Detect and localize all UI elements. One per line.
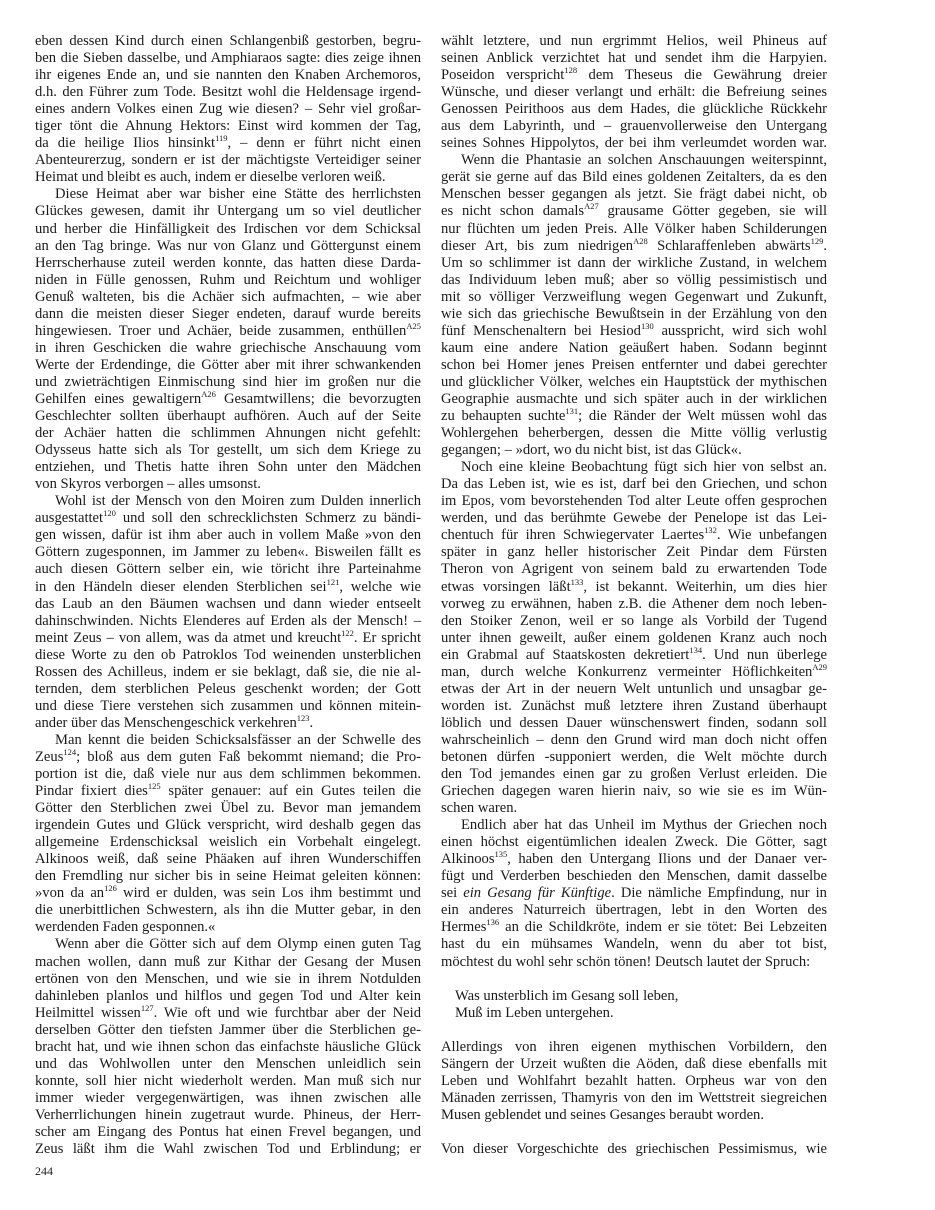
text-line: Menschen besser gegangen als jetzt. Sie … [441,186,827,203]
footnote-marker[interactable]: 125 [148,781,161,791]
book-page: eben dessen Kind durch einen Schlangenbi… [0,0,935,1210]
text-line: in ihren Geschicken die wahre griechisch… [35,340,421,357]
text-line: entziehen, und Thetis hatte ihren Sohn u… [35,459,421,476]
text-line: den Tod jemandes einen gar zu großen Ver… [441,766,827,783]
text-line: Göttern zugesponnen, im Jammer zu leben«… [35,544,421,561]
text-line: etwas der Art in der neuern Welt untunli… [441,681,827,698]
text-line: ternden, dem sterblichen Peleus geschenk… [35,681,421,698]
text-line: wählt letztere, und nun ergrimmt Helios,… [441,33,827,50]
text-line: Alkinoos135, haben den Untergang Ilions … [441,851,827,868]
footnote-marker[interactable]: 120 [103,508,116,518]
text-line: Griechen dagegen waren hierin naiv, so w… [441,783,827,800]
text-line: Hermes136 an die Schildkröte, indem er s… [441,919,827,936]
text-line: fügt und Verderben beschieden den Mensch… [441,868,827,885]
text-line: wie sich das griechische Bewußtsein in d… [441,306,827,323]
text-line: Wenn aber die Götter sich auf dem Olymp … [35,936,421,953]
text-line: scher am Eingang des Pontus hat einen Fr… [35,1124,421,1141]
left-column: eben dessen Kind durch einen Schlangenbi… [35,33,421,1158]
text-line: Poseidon verspricht128 dem Theseus die G… [441,67,827,84]
footnote-marker[interactable]: 119 [215,133,227,143]
footnote-marker[interactable]: 127 [141,1003,154,1013]
text-line: das Laub an den Bäumen wachsen und dann … [35,596,421,613]
footnote-marker[interactable]: 123 [297,713,310,723]
text-line: Alkinoos weiß, daß seine Phäaken auf ihr… [35,851,421,868]
text-line: zu behaupten suchte131; die Ränder der W… [441,408,827,425]
footnote-marker[interactable]: A26 [201,389,216,399]
text-line: ander über das Menschengeschick verkehre… [35,715,421,732]
text-line: hast du ein mühsames Wandeln, wenn du ab… [441,936,827,953]
text-line: meint Zeus – von allem, was da atmet und… [35,630,421,647]
text-line: bracht hat, und wie ihnen schon das einf… [35,1039,421,1056]
text-line: vorweg zu erwähnen, haben z.B. die Athen… [441,596,827,613]
text-line: Musen geblendet und seines Gesanges bera… [441,1107,827,1124]
text-line: ertönen von den Menschen, und wie sie in… [35,971,421,988]
text-line: Wohlergehen beherbergen, dessen die Mitt… [441,425,827,442]
text-line: chentuch für ihren Schwiegervater Laerte… [441,527,827,544]
text-line: Heilmittel wissen127. Wie oft und wie fu… [35,1005,421,1022]
text-line: Von dieser Vorgeschichte des griechische… [441,1141,827,1158]
footnote-marker[interactable]: 129 [811,236,824,246]
text-line: Sängern der Urzeit wußten die Aöden, daß… [441,1056,827,1073]
text-line: und diese Tiere verstehen sich zusammen … [35,698,421,715]
footnote-marker[interactable]: 132 [704,525,717,535]
text-line: und zwieträchtigen Einmischung sind hier… [35,374,421,391]
text-line: dahinschwinden. Nichts Elenderes auf Erd… [35,613,421,630]
text-line: kaum eine andere Nation geäußert haben. … [441,340,827,357]
text-line: Wohl ist der Mensch von den Moiren zum D… [35,493,421,510]
text-line: auch diesen Göttern selber ein, wie töri… [35,561,421,578]
footnote-marker[interactable]: 135 [495,849,508,859]
blank-line [441,1022,827,1039]
text-line: Theron von Agrigent von seinem bald zu e… [441,561,827,578]
footnote-marker[interactable]: A28 [633,236,648,246]
text-line: unter ihnen geweilt, außer einem goldene… [441,630,827,647]
text-line: später in ganz heller historischer Zeit … [441,544,827,561]
blank-line [441,1124,827,1141]
text-line: seinen Anblick verzichtet hat und sendet… [441,50,827,67]
text-line: die unerbittlichen Schwestern, als ihn d… [35,902,421,919]
text-line: Gehilfen eines gewaltigernA26 Gesamtwill… [35,391,421,408]
text-line: Wünsche, und dieser verlangt und erhält:… [441,84,827,101]
text-line: Glückes gewesen, damit ihr Untergang um … [35,203,421,220]
text-line: dann die meisten dieser Sieger endeten, … [35,306,421,323]
text-line: schen waren. [441,800,827,817]
text-line: Leben und Wohlfahrt bezahlt hatten. Orph… [441,1073,827,1090]
text-line: derselben Götter den tiefsten Jammer übe… [35,1022,421,1039]
text-line: Endlich aber hat das Unheil im Mythus de… [441,817,827,834]
text-line: an den Tag bringe. Was nur von Glanz und… [35,238,421,255]
text-line: ihr eigenes Ende an, und sie nannten den… [35,67,421,84]
text-line: allgemeine Erdenschicksal weislich ein V… [35,834,421,851]
text-line: wahrscheinlich – denn den Grund wird man… [441,732,827,749]
text-line: Wenn die Phantasie an solchen Anschauung… [441,152,827,169]
text-line: mit so völliger Verzweiflung wegen Gegen… [441,289,827,306]
text-line: Zeus124; bloß aus dem guten Faß bekommt … [35,749,421,766]
italic-phrase: ein Gesang für Künftige [463,885,611,901]
text-line: Genossen Peirithoos aus dem Hades, die g… [441,101,827,118]
text-line: Herrscherhause zuteil werden konnte, das… [35,255,421,272]
footnote-marker[interactable]: 126 [104,883,117,893]
text-line: immer wieder vergegenwärtigen, was ihnen… [35,1090,421,1107]
text-line: und glücklicher Völker, welches ein Haup… [441,374,827,391]
text-line: »von da an126 wird er dulden, was sein L… [35,885,421,902]
text-line: Noch eine kleine Beobachtung fügt sich h… [441,459,827,476]
right-column: wählt letztere, und nun ergrimmt Helios,… [441,33,827,1158]
text-line: schon bei Homer jenes Preisen entfernter… [441,357,827,374]
text-line: eben dessen Kind durch einen Schlangenbi… [35,33,421,50]
text-line: Geographie ausmachte und sich später auc… [441,391,827,408]
text-line: gegangen; – »dort, wo du nicht bist, ist… [441,442,827,459]
footnote-marker[interactable]: 128 [564,65,577,75]
text-line: löblich und dessen Dauer wünschenswert f… [441,715,827,732]
text-line: Odysseus hatte sich als Tor gestellt, um… [35,442,421,459]
footnote-marker[interactable]: 130 [641,321,654,331]
text-line: werden, und das berühmte Gewebe der Pene… [441,510,827,527]
text-line: Mänaden zerrissen, Thamyris von den im W… [441,1090,827,1107]
text-line: der Achäer hatten die schlimmen Ahnungen… [35,425,421,442]
text-line: diese Worte zu den ob Patroklos Tod wein… [35,647,421,664]
footnote-marker[interactable]: A27 [584,201,599,211]
text-line: möchtest du wohl sehr schön tönen! Deuts… [441,954,827,971]
text-line: Rossen des Achilleus, indem er sie bekla… [35,664,421,681]
text-line: d.h. den Führer zum Tode. Besitzt wohl d… [35,84,421,101]
text-line: werdenden Faden gesponnen.« [35,919,421,936]
text-line: und herber die Hinfälligkeit des Irdisch… [35,221,421,238]
text-line: portion ist die, daß viele nur aus dem s… [35,766,421,783]
footnote-marker[interactable]: 122 [341,628,354,638]
footnote-marker[interactable]: 124 [63,747,76,757]
text-line: dieser Art, bis zum niedrigenA28 Schlara… [441,238,827,255]
footnote-marker[interactable]: 121 [327,577,340,587]
footnote-marker[interactable]: A29 [812,662,827,672]
text-line: niden in Fülle genossen, Ruhm und Reicht… [35,272,421,289]
text-line: tiger tönt die Ahnung Hektors: Einst wir… [35,118,421,135]
verse-line: Muß im Leben untergehen. [441,1005,827,1022]
text-line: betonen dürfen -supponiert werden, die W… [441,749,827,766]
text-line: man, durch welche Konkurrenz vermeinter … [441,664,827,681]
text-line: etwas vorsingen läßt133, ist bekannt. We… [441,579,827,596]
text-line: in den Händeln dieser elenden Sterbliche… [35,579,421,596]
text-line: fünf Menschenaltern bei Hesiod130 ausspr… [441,323,827,340]
text-line: den Stoiker Zenon, weil er so lange als … [441,613,827,630]
footnote-marker[interactable]: 133 [571,577,584,587]
text-line: Da das Leben ist, wie es ist, darf bei d… [441,476,827,493]
text-line: den Fremdling nur sicher bis in seine He… [35,868,421,885]
text-line: Zeus läßt ihm die Wahl zwischen Tod und … [35,1141,421,1158]
text-line: irgendein Gutes und Glück verspricht, wi… [35,817,421,834]
text-line: Abenteurerzug, sondern er ist der mächti… [35,152,421,169]
page-number: 244 [35,1164,53,1179]
text-line: von Skyros verborgen – alles umsonst. [35,476,421,493]
text-line: Genuß walteten, bis die Achäer sich aufm… [35,289,421,306]
text-line: und das Wohlwollen unter den Menschen un… [35,1056,421,1073]
text-line: Pindar fixiert dies125 später genauer: a… [35,783,421,800]
footnote-marker[interactable]: 136 [486,917,499,927]
footnote-marker[interactable]: 131 [565,406,578,416]
text-line: da die heilige Ilios hinsinkt119, – denn… [35,135,421,152]
text-line: Werte der Erdendinge, die Götter aber mi… [35,357,421,374]
text-line: eines andern Volkes einen Zug wie diesen… [35,101,421,118]
text-line: gen wissen, dafür ist ihm aber auch in v… [35,527,421,544]
footnote-marker[interactable]: 134 [689,645,702,655]
verse-line: Was unsterblich im Gesang soll leben, [441,988,827,1005]
text-line: seines Sohnes Hippolytos, der bei ihm ve… [441,135,827,152]
text-line: im Epos, vom bevorstehenden Tod alter Le… [441,493,827,510]
text-line: Götter den Sterblichen zwei Übel zu. Bev… [35,800,421,817]
text-line: ein Grabmal auf Staatskosten dekretiert1… [441,647,827,664]
text-line: Diese Heimat aber war bisher eine Stätte… [35,186,421,203]
text-line: konnte, soll hier nicht wiederholt werde… [35,1073,421,1090]
text-line: Heimat und bleibt es auch, indem er dies… [35,169,421,186]
text-line: aus dem Labyrinth, und – grauenvollerwei… [441,118,827,135]
text-line: dahinleben planlos und hilflos und gegen… [35,988,421,1005]
footnote-marker[interactable]: A25 [406,321,421,331]
text-line: Man kennt die beiden Schicksalsfässer an… [35,732,421,749]
text-line: es nicht schon damalsA27 grausame Götter… [441,203,827,220]
text-line: ausgestattet120 und soll den schrecklich… [35,510,421,527]
text-line: hingewiesen. Troer und Achäer, beide zus… [35,323,421,340]
text-line: Allerdings von ihren eigenen mythischen … [441,1039,827,1056]
text-line: das Individuum leben muß; aber so völlig… [441,272,827,289]
text-line: worden ist. Zunächst muß letztere ihren … [441,698,827,715]
text-line: Um so schlimmer ist dann der wirkliche Z… [441,255,827,272]
blank-line [441,971,827,988]
text-line: gerät sie gerne auf das Bild eines golde… [441,169,827,186]
text-line: machen wollen, dann muß zur Kithar der G… [35,954,421,971]
text-line: sei ein Gesang für Künftige. Die nämlich… [441,885,827,902]
text-line: Geschlechter sollten überhaupt aufhören.… [35,408,421,425]
text-line: Verherrlichungen hinein zugetraut wurde.… [35,1107,421,1124]
text-line: ben die Sieben dasselbe, und Amphiaraos … [35,50,421,67]
